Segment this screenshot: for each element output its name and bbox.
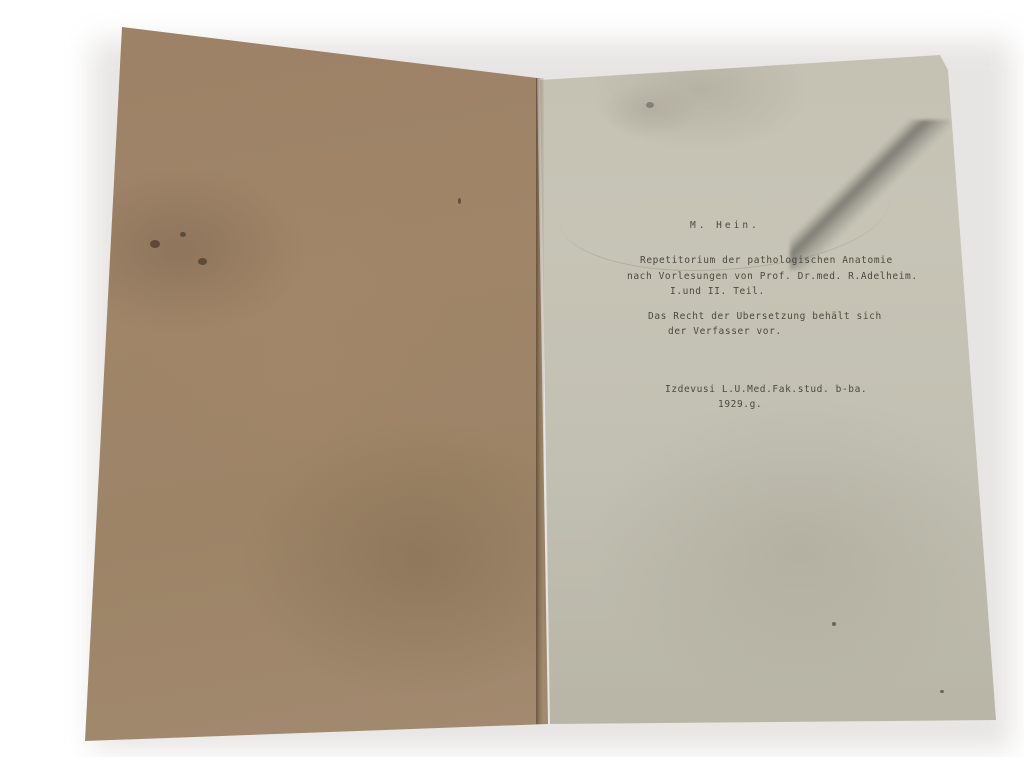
stain-spot — [940, 690, 944, 693]
stain-spot — [458, 198, 461, 204]
photo-scene: M. Hein. Repetitorium der pathologischen… — [0, 0, 1024, 757]
stain-spot — [150, 240, 160, 248]
stain-spot — [180, 232, 186, 237]
author-line: M. Hein. — [690, 220, 760, 231]
year-line: 1929.g. — [718, 399, 762, 410]
title-line-2: nach Vorlesungen von Prof. Dr.med. R.Ade… — [627, 271, 918, 282]
publisher-line: Izdevusi L.U.Med.Fak.stud. b-ba. — [665, 384, 867, 395]
rights-line-2: der Verfasser vor. — [668, 326, 782, 337]
title-line-1: Repetitorium der pathologischen Anatomie — [640, 255, 893, 266]
stain-spot — [832, 622, 836, 626]
parts-line: I.und II. Teil. — [670, 286, 765, 297]
book-spine — [536, 78, 544, 724]
stain-spot — [198, 258, 207, 265]
dark-stain — [790, 120, 950, 270]
rights-line-1: Das Recht der Übersetzung behält sich — [648, 311, 882, 322]
stain-spot — [646, 102, 654, 108]
